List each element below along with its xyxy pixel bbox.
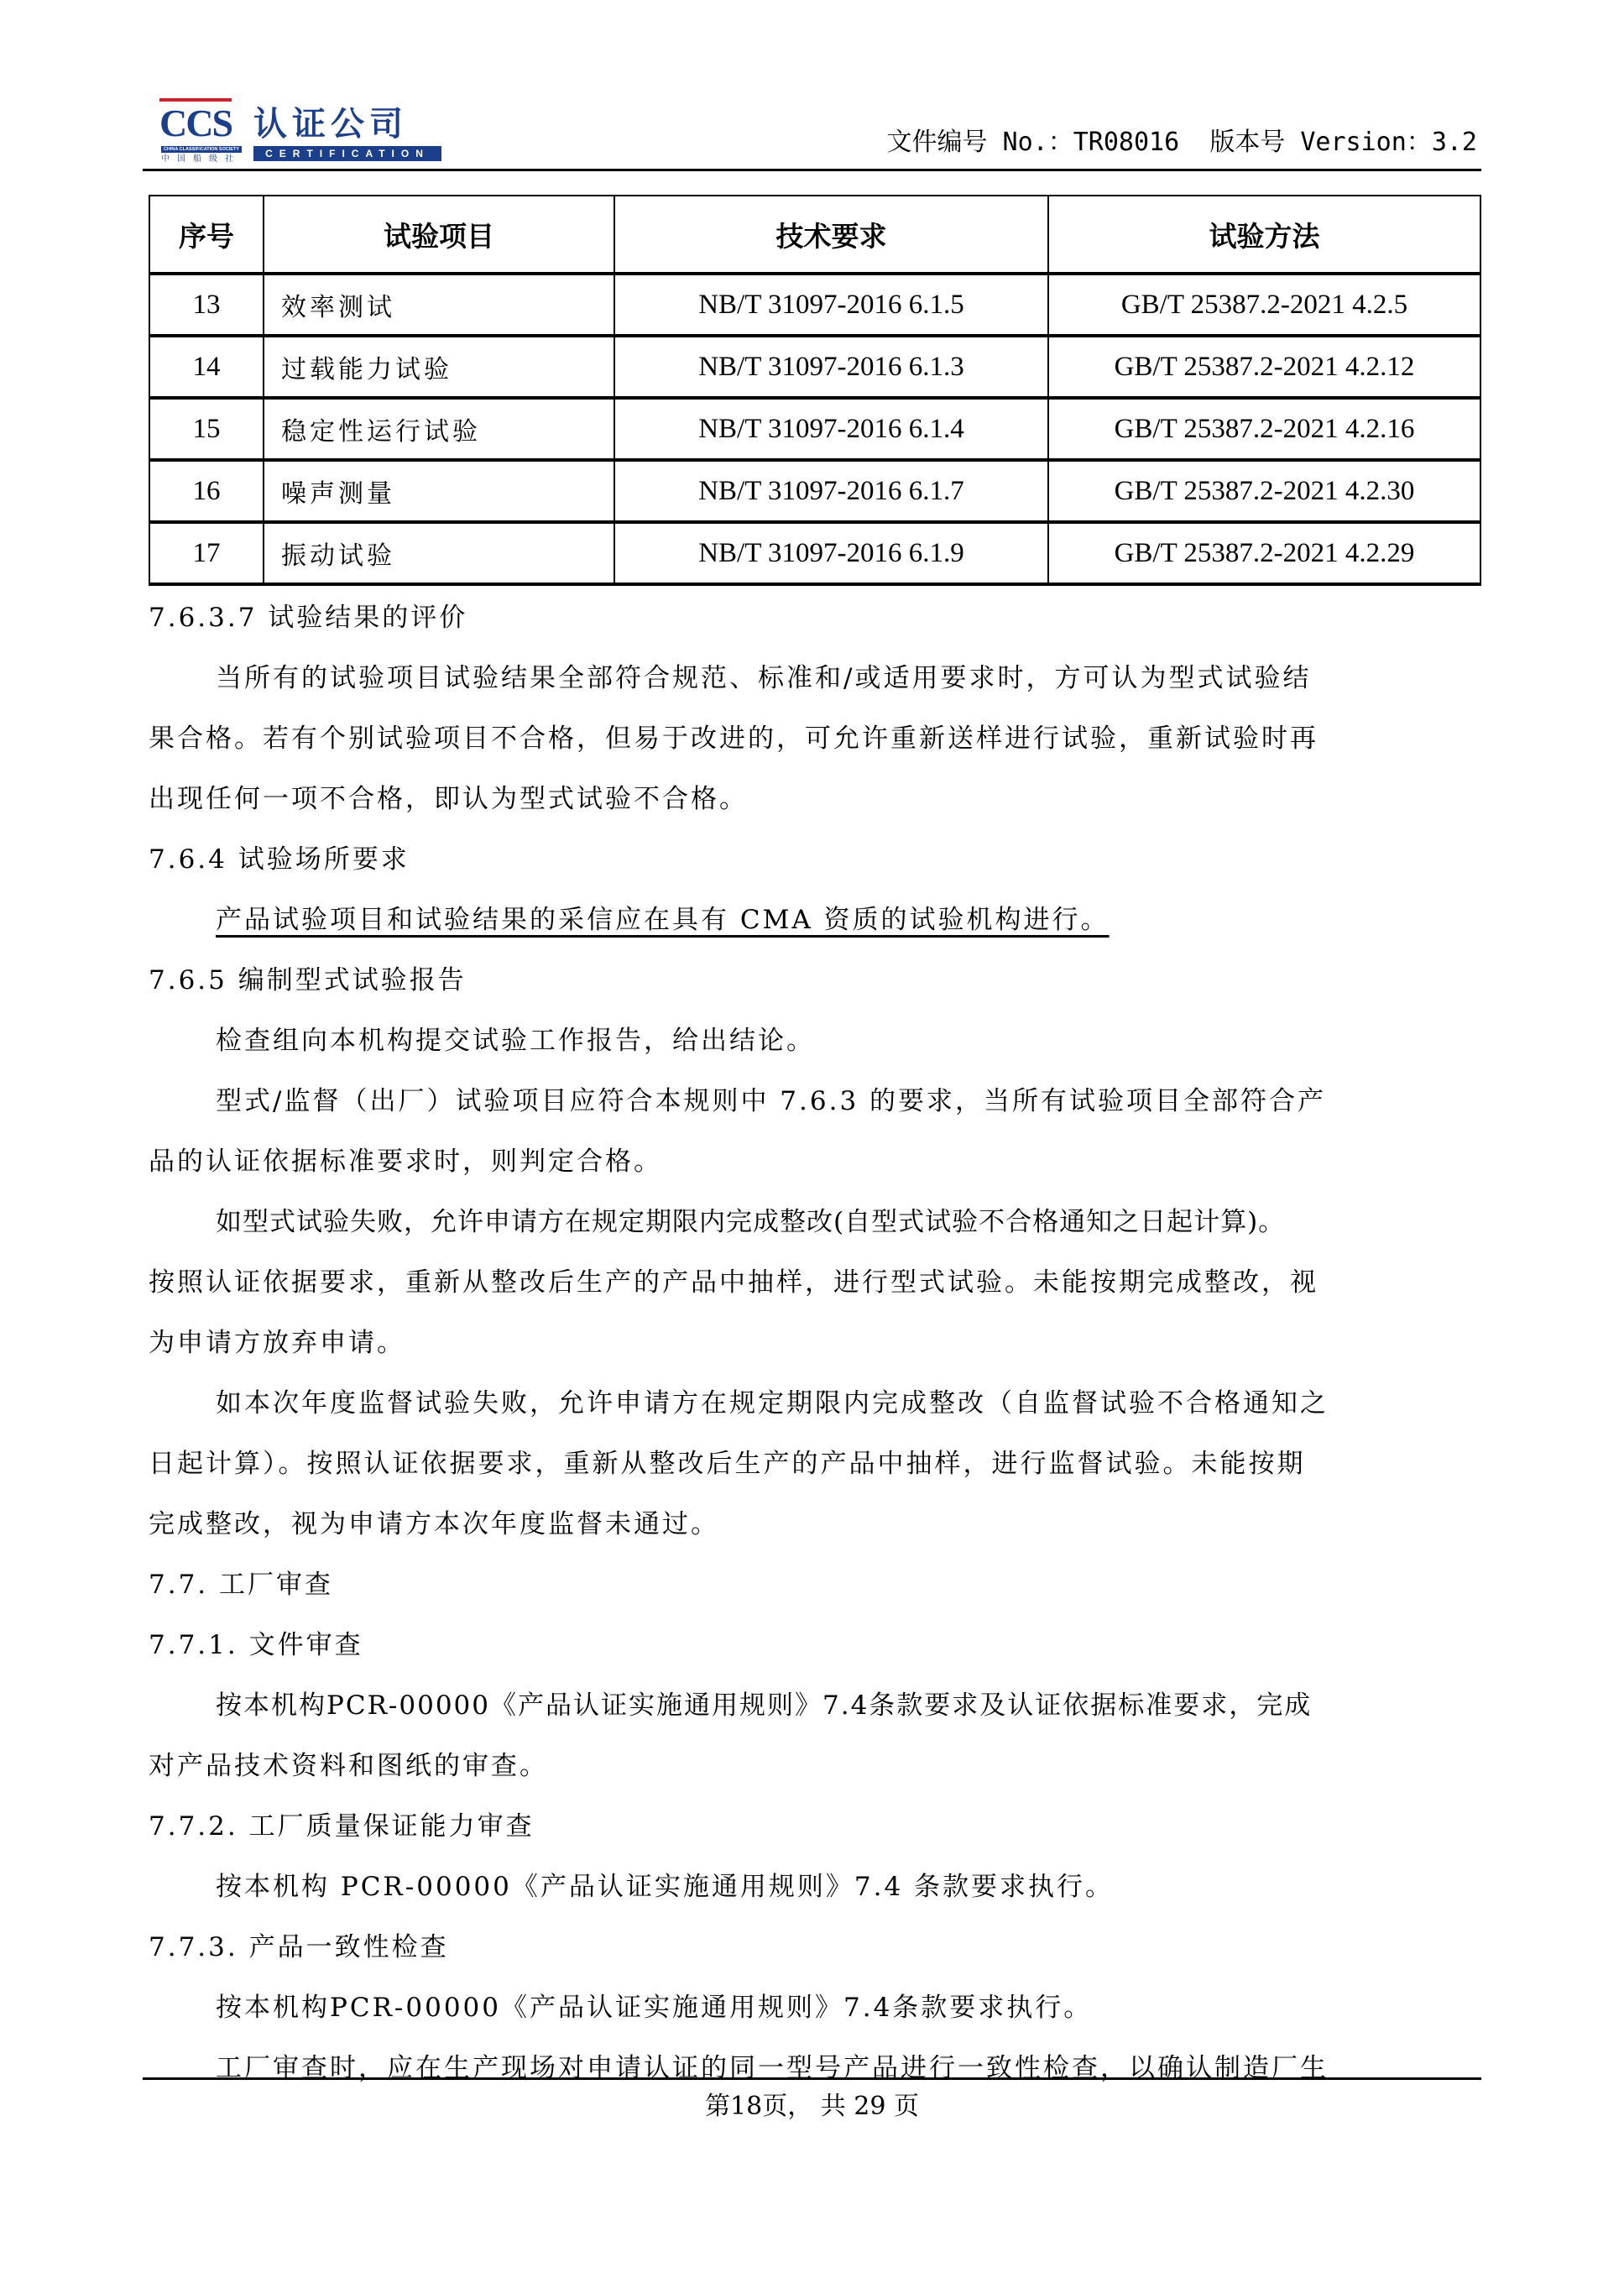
cell-no: 13	[149, 274, 264, 336]
paragraph-line: 当所有的试验项目试验结果全部符合规范、标准和/或适用要求时，方可认为型式试验结	[149, 648, 1483, 708]
paragraph-line: 果合格。若有个别试验项目不合格，但易于改进的，可允许重新送样进行试验，重新试验时…	[149, 708, 1483, 769]
section-heading-7-7-3: 7.7.3. 产品一致性检查	[149, 1917, 1483, 1978]
cell-item: 效率测试	[264, 274, 614, 336]
column-header-no: 序号	[149, 196, 264, 274]
footer-divider	[143, 2077, 1481, 2080]
version-label: 版本号 Version：	[1209, 128, 1432, 157]
cell-requirement: NB/T 31097-2016 6.1.5	[614, 274, 1048, 336]
paragraph-line: 检查组向本机构提交试验工作报告，给出结论。	[149, 1011, 1483, 1071]
section-heading-7-7-1: 7.7.1. 文件审查	[149, 1615, 1483, 1675]
paragraph-line: 完成整改，视为申请方本次年度监督未通过。	[149, 1494, 1483, 1554]
cell-item: 过载能力试验	[264, 336, 614, 398]
cell-item: 振动试验	[264, 522, 614, 584]
test-items-table: 序号 试验项目 技术要求 试验方法 13 效率测试 NB/T 31097-201…	[149, 195, 1481, 586]
paragraph-line: 按本机构PCR-00000《产品认证实施通用规则》7.4条款要求执行。	[149, 1978, 1483, 2038]
cell-requirement: NB/T 31097-2016 6.1.9	[614, 522, 1048, 584]
cell-requirement: NB/T 31097-2016 6.1.4	[614, 398, 1048, 460]
paragraph-line-underlined: 产品试验项目和试验结果的采信应在具有 CMA 资质的试验机构进行。	[149, 890, 1483, 950]
cell-no: 14	[149, 336, 264, 398]
table-row: 14 过载能力试验 NB/T 31097-2016 6.1.3 GB/T 253…	[149, 336, 1480, 398]
cell-no: 16	[149, 460, 264, 522]
header-divider	[143, 169, 1481, 171]
doc-number-label: 文件编号 No.：	[887, 128, 1073, 157]
paragraph-line: 品的认证依据标准要求时，则判定合格。	[149, 1131, 1483, 1192]
paragraph-line: 按照认证依据要求，重新从整改后生产的产品中抽样，进行型式试验。未能按期完成整改，…	[149, 1252, 1483, 1313]
logo-certification-label: CERTIFICATION	[253, 146, 441, 161]
cell-requirement: NB/T 31097-2016 6.1.3	[614, 336, 1048, 398]
paragraph-line: 出现任何一项不合格，即认为型式试验不合格。	[149, 769, 1483, 829]
paragraph-line: 按本机构PCR-00000《产品认证实施通用规则》7.4条款要求及认证依据标准要…	[149, 1675, 1483, 1736]
section-heading-7-6-5: 7.6.5 编制型式试验报告	[149, 950, 1483, 1011]
ccs-certification-logo: CCS CHINA CLASSIFICATION SOCIETY 中国船级社 认…	[159, 104, 452, 163]
paragraph-line: 如型式试验失败，允许申请方在规定期限内完成整改(自型式试验不合格通知之日起计算)…	[149, 1192, 1483, 1252]
section-heading-7-6-4: 7.6.4 试验场所要求	[149, 829, 1483, 890]
document-meta: 文件编号 No.：TR08016 版本号 Version：3.2	[887, 126, 1478, 159]
cell-method: GB/T 25387.2-2021 4.2.29	[1048, 522, 1480, 584]
version-number: 3.2	[1432, 128, 1477, 157]
table-row: 13 效率测试 NB/T 31097-2016 6.1.5 GB/T 25387…	[149, 274, 1480, 336]
table-header-row: 序号 试验项目 技术要求 试验方法	[149, 196, 1480, 274]
paragraph-line: 按本机构 PCR-00000《产品认证实施通用规则》7.4 条款要求执行。	[149, 1857, 1483, 1917]
paragraph-line: 为申请方放弃申请。	[149, 1313, 1483, 1373]
page-number: 第18页， 共 29 页	[0, 2090, 1624, 2124]
section-heading-7-7-2: 7.7.2. 工厂质量保证能力审查	[149, 1796, 1483, 1857]
cell-no: 17	[149, 522, 264, 584]
table-row: 16 噪声测量 NB/T 31097-2016 6.1.7 GB/T 25387…	[149, 460, 1480, 522]
column-header-requirement: 技术要求	[614, 196, 1048, 274]
document-body: 7.6.3.7 试验结果的评价 当所有的试验项目试验结果全部符合规范、标准和/或…	[149, 588, 1483, 2098]
doc-number: TR08016	[1073, 128, 1179, 157]
cell-method: GB/T 25387.2-2021 4.2.30	[1048, 460, 1480, 522]
logo-society-label: CHINA CLASSIFICATION SOCIETY	[161, 146, 242, 153]
paragraph-line: 如本次年度监督试验失败，允许申请方在规定期限内完成整改（自监督试验不合格通知之	[149, 1373, 1483, 1434]
table-row: 17 振动试验 NB/T 31097-2016 6.1.9 GB/T 25387…	[149, 522, 1480, 584]
cell-requirement: NB/T 31097-2016 6.1.7	[614, 460, 1048, 522]
section-heading-7-7: 7.7. 工厂审查	[149, 1554, 1483, 1615]
cell-method: GB/T 25387.2-2021 4.2.16	[1048, 398, 1480, 460]
cell-item: 噪声测量	[264, 460, 614, 522]
underlined-text: 产品试验项目和试验结果的采信应在具有 CMA 资质的试验机构进行。	[216, 905, 1110, 935]
logo-society-cn: 中国船级社	[161, 154, 241, 164]
table-row: 15 稳定性运行试验 NB/T 31097-2016 6.1.4 GB/T 25…	[149, 398, 1480, 460]
cell-item: 稳定性运行试验	[264, 398, 614, 460]
cell-no: 15	[149, 398, 264, 460]
column-header-item: 试验项目	[264, 196, 614, 274]
cell-method: GB/T 25387.2-2021 4.2.12	[1048, 336, 1480, 398]
paragraph-line: 日起计算）。按照认证依据要求，重新从整改后生产的产品中抽样，进行监督试验。未能按…	[149, 1434, 1483, 1494]
section-heading-7-6-3-7: 7.6.3.7 试验结果的评价	[149, 588, 1483, 648]
logo-company-cn: 认证公司	[253, 106, 408, 143]
column-header-method: 试验方法	[1048, 196, 1480, 274]
paragraph-line: 型式/监督（出厂）试验项目应符合本规则中 7.6.3 的要求，当所有试验项目全部…	[149, 1071, 1483, 1131]
paragraph-line: 对产品技术资料和图纸的审查。	[149, 1736, 1483, 1796]
logo-ccs-mark: CCS	[159, 104, 232, 143]
cell-method: GB/T 25387.2-2021 4.2.5	[1048, 274, 1480, 336]
